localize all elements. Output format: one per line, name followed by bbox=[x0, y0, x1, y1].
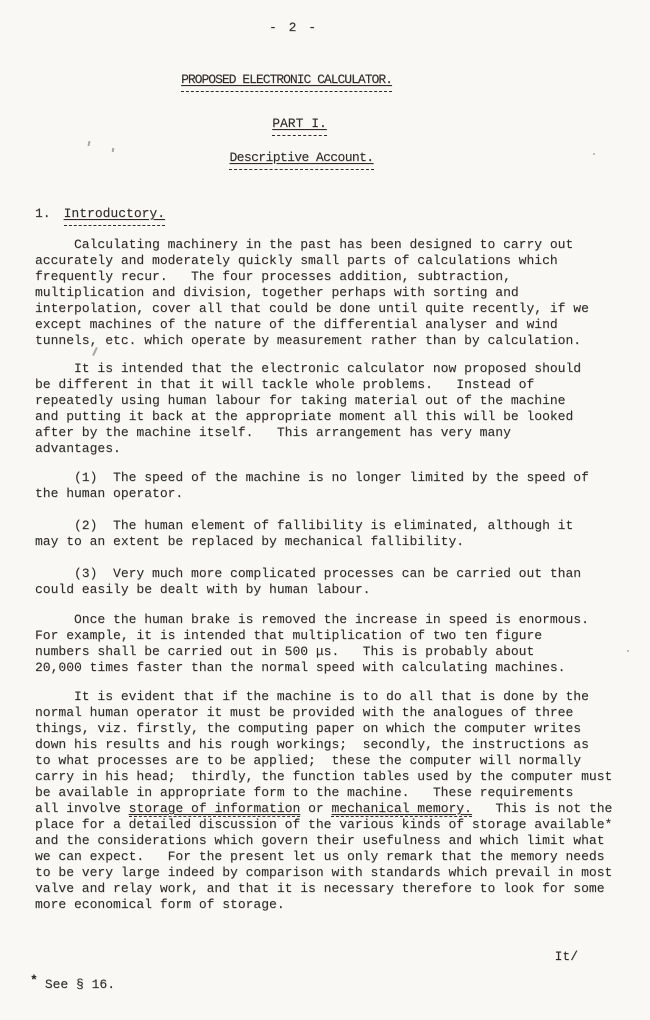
part-row: PART I. bbox=[0, 116, 607, 132]
ink-speck bbox=[88, 141, 91, 146]
advantage-item-1: (1) The speed of the machine is no longe… bbox=[35, 470, 650, 502]
subtitle-row: Descriptive Account. bbox=[0, 150, 609, 166]
catchword: It/ bbox=[35, 949, 650, 965]
section-heading: Introductory. bbox=[64, 206, 165, 226]
title-row: PROPOSED ELECTRONIC CALCULATOR. bbox=[0, 72, 594, 88]
advantage-item-2: (2) The human element of fallibility is … bbox=[35, 518, 650, 550]
section-heading-row: 1.Introductory. bbox=[35, 206, 650, 222]
document-title: PROPOSED ELECTRONIC CALCULATOR. bbox=[181, 72, 392, 92]
page-number: - 2 - bbox=[0, 20, 601, 36]
ink-speck bbox=[593, 153, 595, 155]
speed-paragraph: Once the human brake is removed the incr… bbox=[35, 612, 650, 676]
section-number: 1. bbox=[35, 206, 51, 222]
ink-speck bbox=[627, 650, 629, 652]
footnote: *See § 16. bbox=[30, 977, 650, 993]
document-subtitle: Descriptive Account. bbox=[229, 150, 373, 170]
intro-paragraph-2: It is intended that the electronic calcu… bbox=[35, 361, 650, 457]
advantage-item-3: (3) Very much more complicated processes… bbox=[35, 566, 650, 598]
document-page: - 2 - PROPOSED ELECTRONIC CALCULATOR. PA… bbox=[0, 0, 650, 1020]
storage-paragraph: It is evident that if the machine is to … bbox=[35, 689, 650, 913]
part-heading: PART I. bbox=[272, 116, 327, 136]
footnote-text: See § 16. bbox=[45, 977, 115, 992]
footnote-marker: * bbox=[30, 973, 38, 989]
intro-paragraph-1: Calculating machinery in the past has be… bbox=[35, 237, 650, 349]
